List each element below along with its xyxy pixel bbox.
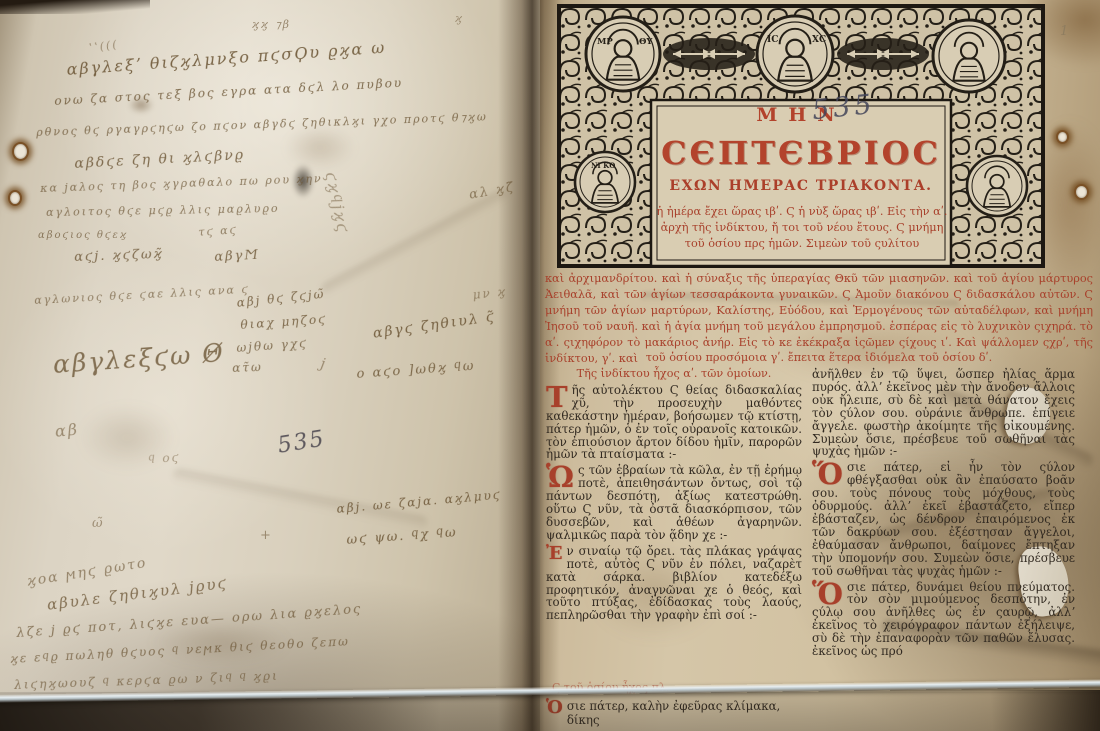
- medallion-christ-icon: ΙϹ ΧϹ: [757, 16, 833, 92]
- handwritten-inscription: αβγϛ ζηθιυλ ϛ̃: [372, 309, 497, 342]
- rubric-centered-line: τοῦ ὁσίου προσόμοια γʹ. ἔπειτα ἕτερα ἰδι…: [545, 351, 1093, 364]
- handwritten-inscription: αβγλεξϛω Θ̸: [52, 338, 226, 379]
- title-subtitle: ΕΧΩΝ ΗΜΕΡΑϹ ΤΡΙΑΚΟΝΤΑ.: [651, 178, 951, 194]
- paragraph-text: ἀνῆλθεν ἐν τῷ ὕψει, ὥσπερ ἠλίας ἅρμα πυρ…: [812, 367, 1075, 458]
- handwritten-inscription: +: [260, 528, 273, 543]
- handwritten-number: 535: [811, 89, 877, 126]
- handwritten-inscription: ονω ζα στος τεξ βος εγρα ατα δϛλ λο πυβο…: [54, 76, 403, 108]
- paragraph-text: σιε πάτερ, καλὴν ἐφεῦρας κλίμακα, δίκης: [567, 699, 780, 727]
- handwritten-inscription: ρθνος θϛ ργαγρϛηϛω ζο πϛον αβγδϛ ζηθικλϗ…: [36, 110, 488, 139]
- printed-paragraph: ἀνῆλθεν ἐν τῷ ὕψει, ὥσπερ ἠλίας ἅρμα πυρ…: [812, 368, 1075, 458]
- handwritten-inscription: αϛϳ. ϗϛζωϗ̃: [74, 247, 164, 265]
- medallion-label: ΘΥ: [639, 37, 653, 47]
- printed-paragraph: Ἐν σιναίῳ τῷ ὄρει. τὰς πλάκας γράψας ποτ…: [546, 545, 802, 622]
- medallion-label: ΙϹ: [767, 35, 778, 45]
- text-column-left: Τῆς ἰνδίκτου ἦχος αʹ. τῶν ὁμοίων. Τῆς αὐ…: [546, 368, 802, 625]
- page-edge-shadow: [0, 0, 150, 14]
- handwritten-inscription: αβγϺ: [214, 248, 260, 265]
- title-month-name: ϹЄΠΤЄΒΡΙΟϹ: [645, 134, 957, 172]
- drop-cap: Ἐ: [546, 546, 563, 561]
- handwritten-inscription: αβδϛε ζη θι ϗλϛβνϱ: [74, 147, 245, 172]
- handwritten-inscription: 535: [276, 426, 327, 458]
- column-heading: Τῆς ἰνδίκτου ἦχος αʹ. τῶν ὁμοίων.: [546, 368, 802, 381]
- medallion-label: ΜΡ: [597, 37, 613, 47]
- medallion-side-left-icon: ΝΙ ΚΟ: [575, 152, 635, 212]
- drop-cap: Ὁ: [546, 700, 563, 715]
- wormhole: [8, 190, 22, 206]
- handwritten-inscription: αγλωνιος θϛε ϛαε λλις ανα ϛ: [34, 283, 250, 307]
- paragraph-text: ν σιναίῳ τῷ ὄρει. τὰς πλάκας γράψας ποτὲ…: [546, 544, 802, 623]
- paragraph-text: ς τῶν ἑβραίων τὰ κῶλα, ἐν τῇ ἐρήμῳ ποτὲ,…: [546, 463, 802, 542]
- medallion-label: ΝΙ ΚΟ: [591, 161, 615, 170]
- printed-paragraph: Ὁσιε πάτερ, καλὴν ἐφεῦρας κλίμακα, δίκης: [546, 699, 802, 727]
- handwritten-inscription: ʽʽ(((: [88, 38, 119, 55]
- drop-cap: Ὅ: [812, 462, 843, 486]
- paragraph-text: σιε πάτερ, εἰ ἦν τὸν ςύλον φθέγξασθαι οὐ…: [812, 460, 1075, 577]
- handwritten-inscription: ϛϗϥϳϗϛ: [320, 170, 353, 236]
- drop-cap: Ὡ: [546, 465, 574, 489]
- handwritten-inscription: αγλοιτος θϛε μϛϱ λλις μαϱλυϱο: [46, 202, 280, 219]
- rubric-inner-text: ἡ ἡμέρα ἔχει ὥρας ιβʹ. Ϛ ἡ νὺξ ὥρας ιβʹ.…: [656, 204, 948, 252]
- handwritten-inscription: ϗε εϥϱ πωληθ θϛυος ϥ νεϻκ θιϛ θεοθο ζεπω: [10, 634, 350, 667]
- wormhole: [12, 142, 29, 161]
- photo-open-manuscript-book: ϗϗ ⁊βϗʽʽ(((αβγλεξʼ θιζϗλμνξο πϛσϘυ ϱϗα ω…: [0, 0, 1100, 731]
- wormhole: [1056, 130, 1069, 144]
- handwritten-inscription: ϗ: [455, 12, 464, 25]
- medallion-label: ΧϹ: [812, 35, 826, 45]
- paragraph-text: ῆς αὐτολέκτου Ϛ θείας διδασκαλίας χῦ, τὴ…: [546, 383, 802, 462]
- handwritten-inscription: κα ϳαλος τη βος ϗγραθαλο πω ρου ϗην: [40, 172, 323, 195]
- drop-cap: Τ: [546, 385, 568, 409]
- handwritten-inscription: ϗϗ ⁊β: [252, 18, 291, 31]
- handwritten-inscription: ωϳθω γχϛ: [236, 336, 308, 355]
- handwritten-inscription: ο αϛο ]ωθϗ ϥω: [356, 358, 476, 382]
- handwritten-inscription: αβ: [54, 419, 80, 440]
- wormhole: [1074, 184, 1089, 200]
- medallion-side-right-icon: [967, 156, 1027, 216]
- handwritten-inscription: ϳ: [319, 356, 328, 373]
- medallion-theotokos-icon: ΜΡ ΘΥ: [586, 17, 660, 91]
- page-number: 1: [1060, 24, 1068, 39]
- medallion-saint-icon: [933, 20, 1005, 92]
- handwritten-inscription: θιαχ μηζοϛ: [240, 312, 327, 332]
- printed-paragraph: Ὅσιε πάτερ, δυνάμει θείου πνεύματος. τὸν…: [812, 581, 1075, 658]
- drop-cap: Ὅ: [812, 582, 843, 606]
- handwritten-inscription: ωϛ ψω. ϥχ ϥω: [346, 524, 458, 548]
- handwritten-inscription: ατ̃ω: [232, 360, 263, 375]
- paragraph-text: σιε πάτερ, δυνάμει θείου πνεύματος. τὸν …: [812, 580, 1075, 659]
- handwritten-inscription: λιϛηϗωουζ ϥ κερϛα ϱω ν ζιϥ ϥ ϗϱι: [14, 669, 279, 693]
- text-column-right: ἀνῆλθεν ἐν τῷ ὕψει, ὥσπερ ἠλίας ἅρμα πυρ…: [812, 368, 1075, 661]
- title-month-abbrev: ΜΗΝ: [651, 104, 951, 126]
- printed-paragraph: Τῆς αὐτολέκτου Ϛ θείας διδασκαλίας χῦ, τ…: [546, 384, 802, 461]
- handwritten-inscription: τϛ αϛ: [198, 223, 238, 239]
- left-page: ϗϗ ⁊βϗʽʽ(((αβγλεξʼ θιζϗλμνξο πϛσϘυ ϱϗα ω…: [0, 0, 540, 731]
- printed-paragraph: Ὡς τῶν ἑβραίων τὰ κῶλα, ἐν τῇ ἐρήμῳ ποτὲ…: [546, 464, 802, 541]
- handwritten-inscription: ω̃: [92, 516, 105, 531]
- handwritten-inscription: αβοϛιος θϛεϗ: [38, 230, 128, 241]
- handwritten-inscription: αβϳ. ωε ζαϳα. αϗλμυϛ: [336, 488, 502, 516]
- handwritten-inscription: ϥ οϛ: [148, 450, 181, 467]
- printed-paragraph: Ὅσιε πάτερ, εἰ ἦν τὸν ςύλον φθέγξασθαι ο…: [812, 461, 1075, 577]
